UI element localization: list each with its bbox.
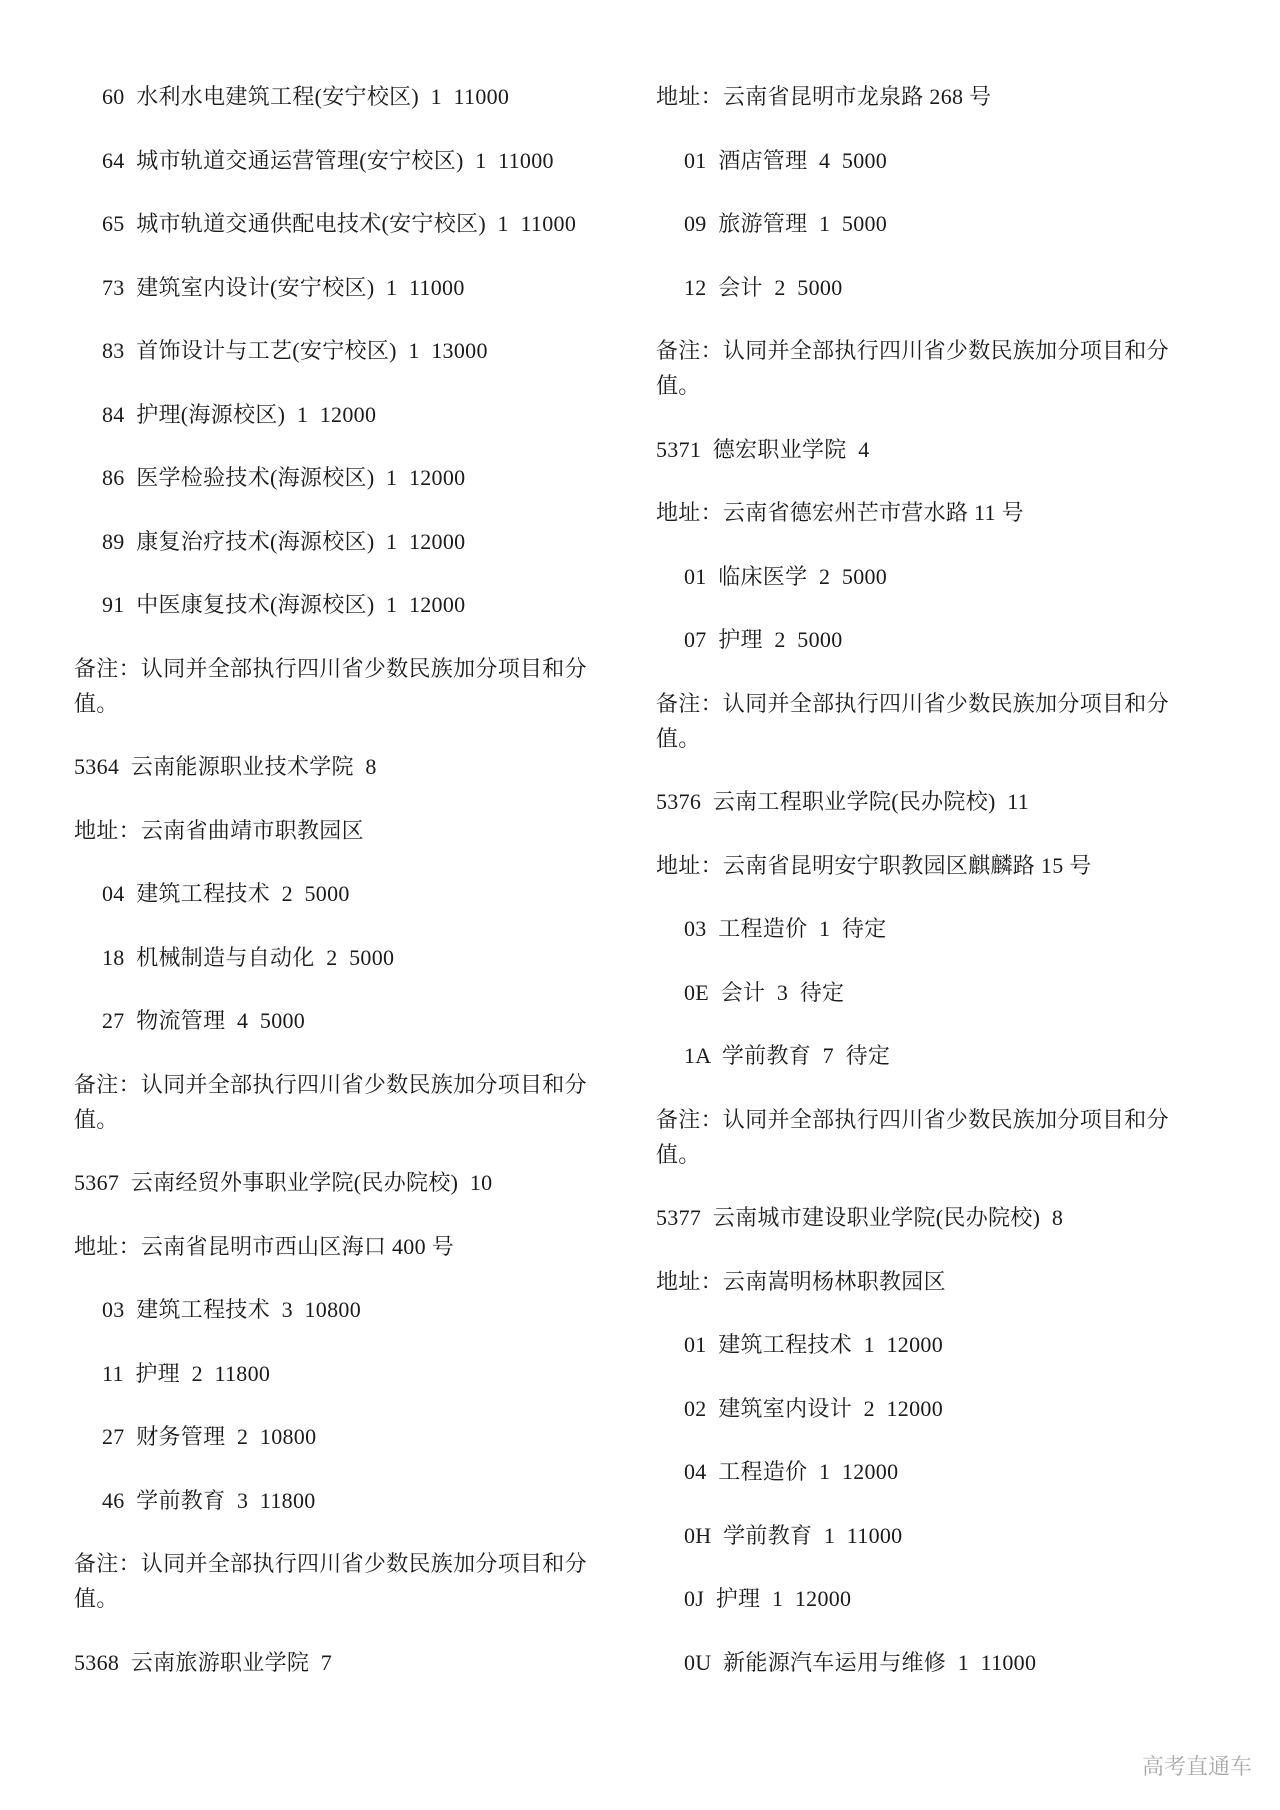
program-line: 0J 护理 1 12000: [656, 1581, 1256, 1616]
program-line: 0E 会计 3 待定: [656, 975, 1256, 1010]
address-line: 地址：云南嵩明杨林职教园区: [656, 1264, 1256, 1299]
school-line: 5376 云南工程职业学院(民办院校) 11: [656, 784, 1256, 819]
program-line: 12 会计 2 5000: [656, 270, 1256, 305]
program-line: 07 护理 2 5000: [656, 622, 1256, 657]
program-line: 60 水利水电建筑工程(安宁校区) 1 11000: [74, 79, 652, 114]
program-line: 91 中医康复技术(海源校区) 1 12000: [74, 587, 652, 622]
program-line: 01 酒店管理 4 5000: [656, 143, 1256, 178]
watermark: 高考直通车: [1142, 1754, 1252, 1780]
program-line: 02 建筑室内设计 2 12000: [656, 1391, 1256, 1426]
program-line: 83 首饰设计与工艺(安宁校区) 1 13000: [74, 333, 652, 368]
program-line: 27 物流管理 4 5000: [74, 1003, 652, 1038]
program-line: 89 康复治疗技术(海源校区) 1 12000: [74, 524, 652, 559]
program-line: 0U 新能源汽车运用与维修 1 11000: [656, 1645, 1256, 1680]
program-line: 0H 学前教育 1 11000: [656, 1518, 1256, 1553]
school-line: 5367 云南经贸外事职业学院(民办院校) 10: [74, 1165, 652, 1200]
right-column: 地址：云南省昆明市龙泉路 268 号01 酒店管理 4 500009 旅游管理 …: [656, 79, 1256, 1708]
remark-line: 备注：认同并全部执行四川省少数民族加分项目和分 值。: [656, 1102, 1256, 1172]
remark-line: 备注：认同并全部执行四川省少数民族加分项目和分 值。: [656, 333, 1256, 403]
school-line: 5377 云南城市建设职业学院(民办院校) 8: [656, 1200, 1256, 1235]
address-line: 地址：云南省昆明市龙泉路 268 号: [656, 79, 1256, 114]
program-line: 1A 学前教育 7 待定: [656, 1038, 1256, 1073]
address-line: 地址：云南省昆明安宁职教园区麒麟路 15 号: [656, 848, 1256, 883]
program-line: 09 旅游管理 1 5000: [656, 206, 1256, 241]
program-line: 01 临床医学 2 5000: [656, 559, 1256, 594]
program-line: 84 护理(海源校区) 1 12000: [74, 397, 652, 432]
program-line: 27 财务管理 2 10800: [74, 1419, 652, 1454]
address-line: 地址：云南省曲靖市职教园区: [74, 813, 652, 848]
school-line: 5371 德宏职业学院 4: [656, 432, 1256, 467]
document-page: 60 水利水电建筑工程(安宁校区) 1 1100064 城市轨道交通运营管理(安…: [0, 0, 1280, 1810]
program-line: 46 学前教育 3 11800: [74, 1483, 652, 1518]
program-line: 18 机械制造与自动化 2 5000: [74, 940, 652, 975]
program-line: 04 工程造价 1 12000: [656, 1454, 1256, 1489]
remark-line: 备注：认同并全部执行四川省少数民族加分项目和分 值。: [656, 686, 1256, 756]
program-line: 64 城市轨道交通运营管理(安宁校区) 1 11000: [74, 143, 652, 178]
program-line: 03 工程造价 1 待定: [656, 911, 1256, 946]
program-line: 11 护理 2 11800: [74, 1356, 652, 1391]
address-line: 地址：云南省德宏州芒市营水路 11 号: [656, 495, 1256, 530]
program-line: 86 医学检验技术(海源校区) 1 12000: [74, 460, 652, 495]
program-line: 03 建筑工程技术 3 10800: [74, 1292, 652, 1327]
remark-line: 备注：认同并全部执行四川省少数民族加分项目和分 值。: [74, 1546, 652, 1616]
remark-line: 备注：认同并全部执行四川省少数民族加分项目和分 值。: [74, 651, 652, 721]
program-line: 04 建筑工程技术 2 5000: [74, 876, 652, 911]
program-line: 65 城市轨道交通供配电技术(安宁校区) 1 11000: [74, 206, 652, 241]
program-line: 73 建筑室内设计(安宁校区) 1 11000: [74, 270, 652, 305]
remark-line: 备注：认同并全部执行四川省少数民族加分项目和分 值。: [74, 1067, 652, 1137]
program-line: 01 建筑工程技术 1 12000: [656, 1327, 1256, 1362]
school-line: 5368 云南旅游职业学院 7: [74, 1645, 652, 1680]
address-line: 地址：云南省昆明市西山区海口 400 号: [74, 1229, 652, 1264]
left-column: 60 水利水电建筑工程(安宁校区) 1 1100064 城市轨道交通运营管理(安…: [74, 79, 652, 1708]
school-line: 5364 云南能源职业技术学院 8: [74, 749, 652, 784]
